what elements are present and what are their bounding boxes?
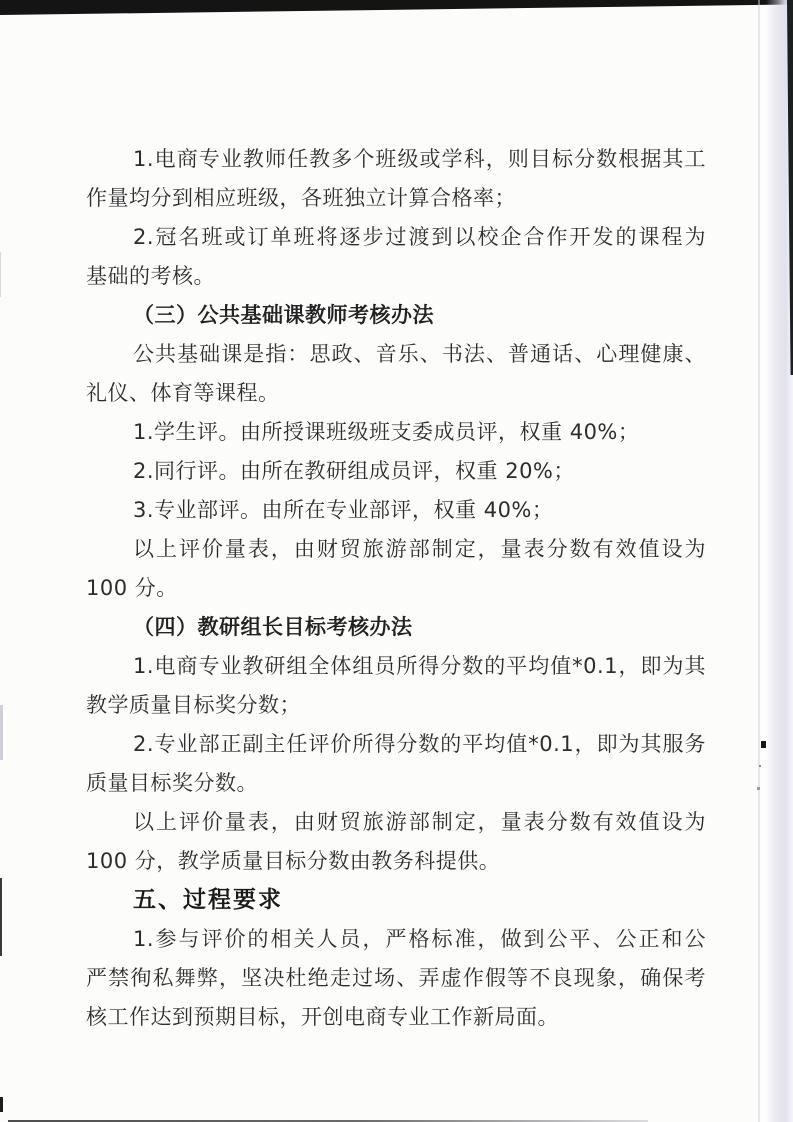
text-line-13: 1.电商专业教研组全体组员所得分数的平均值*0.1，即为其	[86, 647, 706, 686]
text-line-22: 核工作达到预期目标，开创电商专业工作新局面。	[86, 998, 706, 1037]
text-line-9: 3.专业部评。由所在专业部评，权重 40%；	[86, 491, 706, 530]
document-body: 1.电商专业教师任教多个班级或学科，则目标分数根据其工作量均分到相应班级，各班独…	[86, 140, 706, 1037]
text-line-0: 1.电商专业教师任教多个班级或学科，则目标分数根据其工	[86, 140, 706, 179]
text-line-7: 1.学生评。由所授课班级班支委成员评，权重 40%；	[86, 413, 706, 452]
text-line-19: 五、过程要求	[86, 881, 706, 920]
scan-top-edge-artifact	[0, 0, 793, 15]
text-line-2: 2.冠名班或订单班将逐步过渡到以校企合作开发的课程为	[86, 218, 706, 257]
scan-left-edge-mark	[0, 705, 3, 760]
text-line-10: 以上评价量表，由财贸旅游部制定，量表分数有效值设为	[86, 530, 706, 569]
text-line-1: 作量均分到相应班级，各班独立计算合格率；	[86, 179, 706, 218]
text-line-11: 100 分。	[86, 569, 706, 608]
text-line-16: 质量目标奖分数。	[86, 764, 706, 803]
text-line-20: 1.参与评价的相关人员，严格标准，做到公平、公正和公开，	[86, 920, 706, 959]
text-line-14: 教学质量目标奖分数；	[86, 686, 706, 725]
scan-left-edge-mark	[0, 1097, 3, 1112]
text-line-5: 公共基础课是指：思政、音乐、书法、普通话、心理健康、	[86, 335, 706, 374]
text-line-12: （四）教研组长目标考核办法	[86, 608, 706, 647]
text-line-8: 2.同行评。由所在教研组成员评，权重 20%；	[86, 452, 706, 491]
text-line-21: 严禁徇私舞弊，坚决杜绝走过场、弄虚作假等不良现象，确保考	[86, 959, 706, 998]
scan-right-edge-line	[758, 0, 760, 1122]
text-line-4: （三）公共基础课教师考核办法	[86, 296, 706, 335]
scan-stray-mark	[761, 741, 766, 748]
scanned-page: 1.电商专业教师任教多个班级或学科，则目标分数根据其工作量均分到相应班级，各班独…	[0, 0, 793, 1122]
scan-left-edge-mark	[0, 878, 2, 956]
scan-left-edge-mark	[0, 252, 1, 297]
text-line-15: 2.专业部正副主任评价所得分数的平均值*0.1，即为其服务	[86, 725, 706, 764]
text-line-17: 以上评价量表，由财贸旅游部制定，量表分数有效值设为	[86, 803, 706, 842]
text-line-3: 基础的考核。	[86, 257, 706, 296]
scan-stray-mark	[759, 765, 761, 767]
text-line-6: 礼仪、体育等课程。	[86, 374, 706, 413]
text-line-18: 100 分，教学质量目标分数由教务科提供。	[86, 842, 706, 881]
scan-stray-mark	[757, 787, 760, 790]
